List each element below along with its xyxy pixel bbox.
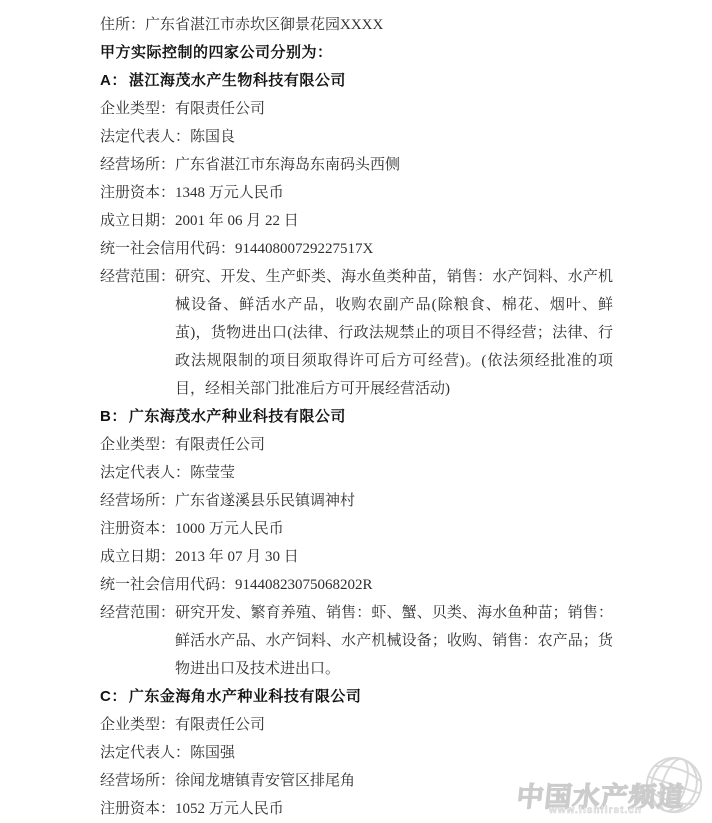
field-row-registered-capital: 注册资本： 1348 万元人民币 bbox=[100, 179, 613, 207]
field-row-founding-date: 成立日期： 2013 年 07 月 30 日 bbox=[100, 543, 613, 571]
field-row-company-type: 企业类型： 有限责任公司 bbox=[100, 711, 613, 739]
document-page: 住所： 广东省湛江市赤坎区御景花园XXXX 甲方实际控制的四家公司分别为： A：… bbox=[0, 0, 712, 823]
field-value: 广东省湛江市赤坎区御景花园XXXX bbox=[145, 11, 613, 39]
field-value: 2001 年 06 月 22 日 bbox=[175, 207, 613, 235]
field-row-business-address: 经营场所： 广东省湛江市东海岛东南码头西侧 bbox=[100, 151, 613, 179]
field-value: 广东省遂溪县乐民镇调神村 bbox=[175, 487, 613, 515]
field-label: 经营场所： bbox=[100, 487, 175, 515]
address-line: 住所： 广东省湛江市赤坎区御景花园XXXX bbox=[100, 11, 613, 39]
field-row-company-type: 企业类型： 有限责任公司 bbox=[100, 95, 613, 123]
field-value: 1348 万元人民币 bbox=[175, 179, 613, 207]
field-row-founding-date: 成立日期： 2001 年 06 月 22 日 bbox=[100, 207, 613, 235]
field-row-registered-capital: 注册资本： 1000 万元人民币 bbox=[100, 515, 613, 543]
field-label: 法定代表人： bbox=[100, 739, 190, 767]
field-label: 企业类型： bbox=[100, 95, 175, 123]
field-label: 统一社会信用代码： bbox=[100, 571, 235, 599]
company-prefix: A： bbox=[100, 72, 127, 89]
field-value: 91440823075068202R bbox=[235, 571, 613, 599]
field-label: 注册资本： bbox=[100, 795, 175, 823]
field-row-legal-rep: 法定代表人： 陈国良 bbox=[100, 123, 613, 151]
company-a-heading: A：湛江海茂水产生物科技有限公司 bbox=[100, 67, 613, 95]
field-label: 企业类型： bbox=[100, 711, 175, 739]
field-value: 有限责任公司 bbox=[175, 95, 613, 123]
field-row-credit-code: 统一社会信用代码： 91440800729227517X bbox=[100, 235, 613, 263]
field-row-legal-rep: 法定代表人： 陈莹莹 bbox=[100, 459, 613, 487]
field-row-credit-code: 统一社会信用代码： 91440823075068202R bbox=[100, 571, 613, 599]
field-value: 研究开发、繁育养殖、销售：虾、蟹、贝类、海水鱼种苗；销售：鲜活水产品、水产饲料、… bbox=[175, 599, 613, 683]
field-label: 经营范围： bbox=[100, 263, 175, 291]
field-value: 有限责任公司 bbox=[175, 431, 613, 459]
field-label: 注册资本： bbox=[100, 515, 175, 543]
section-heading: 甲方实际控制的四家公司分别为： bbox=[100, 39, 613, 67]
field-row-business-scope: 经营范围： 研究、开发、生产虾类、海水鱼类种苗，销售：水产饲料、水产机械设备、鲜… bbox=[100, 263, 613, 403]
company-name: 广东金海角水产种业科技有限公司 bbox=[129, 688, 362, 705]
field-row-registered-capital: 注册资本： 1052 万元人民币 bbox=[100, 795, 613, 823]
field-row-business-address: 经营场所： 广东省遂溪县乐民镇调神村 bbox=[100, 487, 613, 515]
field-label: 经营场所： bbox=[100, 151, 175, 179]
field-label: 企业类型： bbox=[100, 431, 175, 459]
field-row-legal-rep: 法定代表人： 陈国强 bbox=[100, 739, 613, 767]
field-label: 法定代表人： bbox=[100, 459, 190, 487]
field-value: 2013 年 07 月 30 日 bbox=[175, 543, 613, 571]
field-row-business-scope: 经营范围： 研究开发、繁育养殖、销售：虾、蟹、贝类、海水鱼种苗；销售：鲜活水产品… bbox=[100, 599, 613, 683]
field-value: 91440800729227517X bbox=[235, 235, 613, 263]
company-prefix: B： bbox=[100, 408, 127, 425]
company-name: 广东海茂水产种业科技有限公司 bbox=[129, 408, 346, 425]
field-value: 陈莹莹 bbox=[190, 459, 613, 487]
field-row-company-type: 企业类型： 有限责任公司 bbox=[100, 431, 613, 459]
field-value: 广东省湛江市东海岛东南码头西侧 bbox=[175, 151, 613, 179]
field-label: 经营场所： bbox=[100, 767, 175, 795]
company-name: 湛江海茂水产生物科技有限公司 bbox=[129, 72, 346, 89]
field-label: 法定代表人： bbox=[100, 123, 190, 151]
field-value: 1000 万元人民币 bbox=[175, 515, 613, 543]
company-prefix: C： bbox=[100, 688, 127, 705]
company-c-heading: C：广东金海角水产种业科技有限公司 bbox=[100, 683, 613, 711]
field-label: 住所： bbox=[100, 11, 145, 39]
field-value: 1052 万元人民币 bbox=[175, 795, 613, 823]
document-body: 住所： 广东省湛江市赤坎区御景花园XXXX 甲方实际控制的四家公司分别为： A：… bbox=[100, 11, 613, 823]
field-label: 注册资本： bbox=[100, 179, 175, 207]
field-label: 经营范围： bbox=[100, 599, 175, 627]
field-label: 成立日期： bbox=[100, 207, 175, 235]
field-value: 徐闻龙塘镇青安管区排尾角 bbox=[175, 767, 613, 795]
field-value: 研究、开发、生产虾类、海水鱼类种苗，销售：水产饲料、水产机械设备、鲜活水产品，收… bbox=[175, 263, 613, 403]
field-value: 有限责任公司 bbox=[175, 711, 613, 739]
field-value: 陈国良 bbox=[190, 123, 613, 151]
field-row-business-address: 经营场所： 徐闻龙塘镇青安管区排尾角 bbox=[100, 767, 613, 795]
field-value: 陈国强 bbox=[190, 739, 613, 767]
globe-icon bbox=[643, 754, 705, 816]
company-b-heading: B：广东海茂水产种业科技有限公司 bbox=[100, 403, 613, 431]
field-label: 成立日期： bbox=[100, 543, 175, 571]
field-label: 统一社会信用代码： bbox=[100, 235, 235, 263]
